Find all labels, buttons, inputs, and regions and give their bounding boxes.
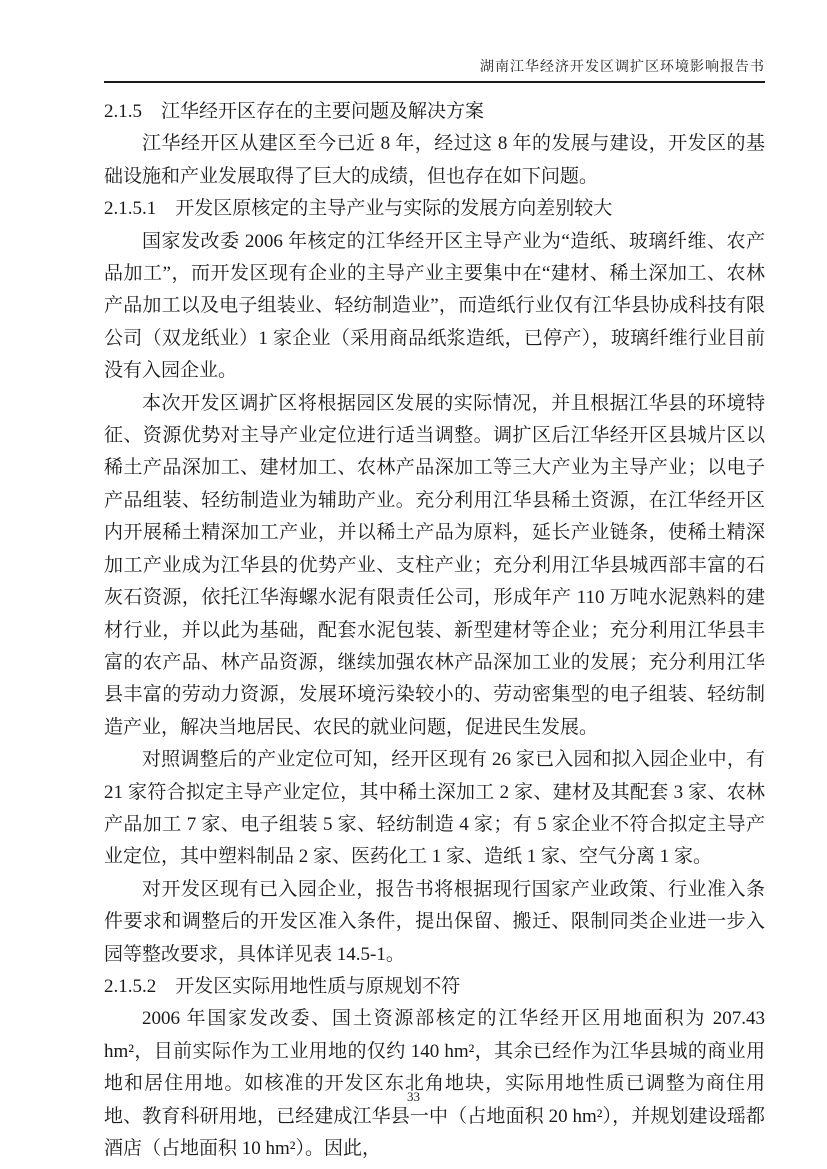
page-number: 33 bbox=[407, 1089, 420, 1104]
paragraph-industry-adjustment: 本次开发区调扩区将根据园区发展的实际情况，并且根据江华县的环境特征、资源优势对主… bbox=[104, 388, 765, 744]
paragraph-enterprise-count: 对照调整后的产业定位可知，经开区现有 26 家已入园和拟入园企业中，有 21 家… bbox=[104, 744, 765, 874]
document-page: 湖南江华经济开发区调扩区环境影响报告书 2.1.5 江华经开区存在的主要问题及解… bbox=[0, 0, 827, 1169]
paragraph-intro: 江华经开区从建区至今已近 8 年，经过这 8 年的发展与建设，开发区的基础设施和… bbox=[104, 128, 765, 193]
running-head: 湖南江华经济开发区调扩区环境影响报告书 bbox=[104, 56, 765, 76]
page-header: 湖南江华经济开发区调扩区环境影响报告书 bbox=[104, 56, 765, 83]
section-heading-2-1-5-1: 2.1.5.1 开发区原核定的主导产业与实际的发展方向差别较大 bbox=[104, 193, 765, 225]
paragraph-land-use: 2006 年国家发改委、国土资源部核定的江华经开区用地面积为 207.43 hm… bbox=[104, 1003, 765, 1165]
paragraph-rectification-requirements: 对开发区现有已入园企业，报告书将根据现行国家产业政策、行业准入条件要求和调整后的… bbox=[104, 874, 765, 971]
paragraph-approved-industries: 国家发改委 2006 年核定的江华经开区主导产业为“造纸、玻璃纤维、农产品加工”… bbox=[104, 226, 765, 388]
section-heading-2-1-5-2: 2.1.5.2 开发区实际用地性质与原规划不符 bbox=[104, 971, 765, 1003]
document-body: 2.1.5 江华经开区存在的主要问题及解决方案 江华经开区从建区至今已近 8 年… bbox=[104, 96, 765, 1165]
section-heading-2-1-5: 2.1.5 江华经开区存在的主要问题及解决方案 bbox=[104, 96, 765, 128]
page-footer: 33 bbox=[0, 1088, 827, 1106]
